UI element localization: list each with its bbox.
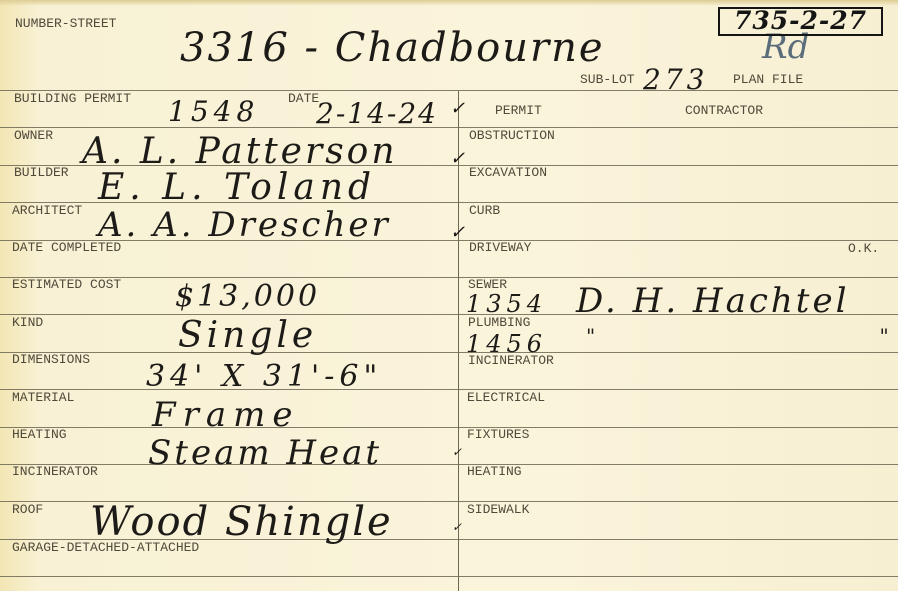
parcel-number-stamp: 735-2-27	[718, 7, 883, 36]
number-street-label: NUMBER-STREET	[15, 17, 116, 31]
plan-file-label: PLAN FILE	[733, 73, 803, 87]
electrical-label: ELECTRICAL	[467, 391, 545, 405]
building-permit-label: BUILDING PERMIT	[14, 92, 131, 106]
check-mark: ✓	[450, 222, 465, 243]
check-mark: ✓	[450, 148, 465, 169]
contractor-column-header: CONTRACTOR	[685, 104, 763, 118]
driveway-label: DRIVEWAY	[469, 241, 531, 255]
sub-lot-label: SUB-LOT	[580, 73, 635, 87]
check-mark: ✓	[452, 445, 462, 459]
architect-value: A. A. Drescher	[98, 208, 391, 242]
incinerator-label: INCINERATOR	[12, 465, 98, 479]
check-mark: ✓	[452, 520, 462, 534]
address-value: 3316 - Chadbourne	[180, 28, 605, 68]
sub-lot-value: 273	[643, 66, 708, 94]
rule-line	[0, 352, 898, 353]
sewer-contractor: D. H. Hachtel	[576, 284, 849, 318]
plumbing-permit-number: 1456	[466, 332, 547, 356]
roof-label: ROOF	[12, 503, 43, 517]
building-permit-card: NUMBER-STREET 3316 - Chadbourne Rd 735-2…	[0, 0, 898, 591]
obstruction-label: OBSTRUCTION	[469, 129, 555, 143]
rule-line	[0, 277, 898, 278]
heating-permit-label: HEATING	[467, 465, 522, 479]
material-label: MATERIAL	[12, 391, 74, 405]
kind-value: Single	[178, 318, 317, 354]
rule-line	[0, 127, 898, 128]
permit-column-header: PERMIT	[495, 104, 542, 118]
dimensions-value: 34' X 31'-6"	[146, 362, 382, 392]
rule-line	[0, 389, 898, 390]
rule-line	[0, 464, 898, 465]
heating-label: HEATING	[12, 428, 67, 442]
dimensions-label: DIMENSIONS	[12, 353, 90, 367]
fixtures-label: FIXTURES	[467, 428, 529, 442]
rule-line	[0, 576, 898, 577]
plumbing-label: PLUMBING	[468, 316, 530, 330]
plumbing-contractor-ditto: " "	[586, 326, 898, 346]
rule-line	[0, 90, 898, 91]
heating-value: Steam Heat	[148, 436, 382, 470]
kind-label: KIND	[12, 316, 43, 330]
estimated-cost-label: ESTIMATED COST	[12, 278, 121, 292]
roof-value: Wood Shingle	[90, 502, 393, 542]
excavation-label: EXCAVATION	[469, 166, 547, 180]
date-label: DATE	[288, 92, 319, 106]
builder-value: E. L. Toland	[98, 170, 376, 206]
building-permit-number: 1548	[168, 98, 259, 126]
sidewalk-label: SIDEWALK	[467, 503, 529, 517]
owner-value: A. L. Patterson	[82, 134, 398, 170]
estimated-cost-value: $13,000	[175, 282, 320, 312]
rule-line	[0, 427, 898, 428]
sewer-permit-number: 1354	[466, 292, 547, 316]
architect-label: ARCHITECT	[12, 204, 82, 218]
permit-date-value: 2-14-24	[316, 100, 438, 128]
owner-label: OWNER	[14, 129, 53, 143]
driveway-note: O.K.	[848, 242, 879, 256]
check-mark: ✓	[450, 98, 465, 119]
curb-label: CURB	[469, 204, 500, 218]
material-value: Frame	[152, 398, 299, 432]
builder-label: BUILDER	[14, 166, 69, 180]
